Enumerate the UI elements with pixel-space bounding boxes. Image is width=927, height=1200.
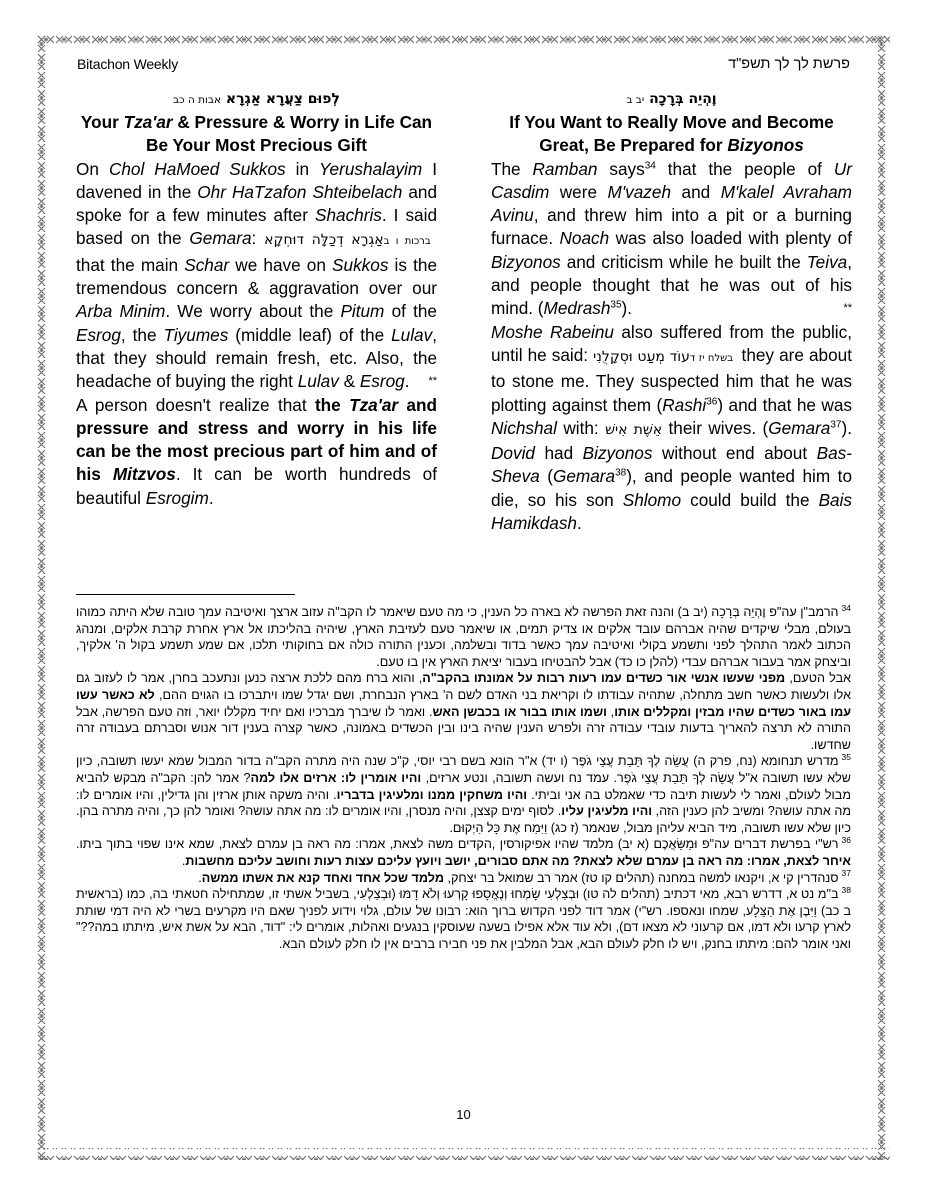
parsha-label: פרשת לך לך תשפ"ד <box>728 56 850 72</box>
bold-text: איחר לצאת, אמרו: מה ראה בן עמרם שלא לצאת… <box>185 854 851 868</box>
footnote-ref: 36 <box>706 396 717 407</box>
italic-term: Rashi <box>662 395 706 415</box>
left-article: לְפוּם צַעֲרָא אַגְרָא אבות ה כב Your Tz… <box>76 88 437 510</box>
italic-term: Chol HaMoed Sukkos <box>109 159 286 179</box>
italic-term: Esrog <box>76 325 121 345</box>
title-text: & Pressure & Worry in Life Can Be Your M… <box>146 112 432 155</box>
footnote: 34הרמב"ן עה"פ וֶהְיֵה בְּרָכָה (יב ב) וה… <box>76 604 851 670</box>
hebrew-quote: עוֹד מְעַט וּסְקָלֻנִי <box>593 349 690 365</box>
bold-text: מפני שעשו אנשי אור כשדים עמו רעות רבות ע… <box>422 671 785 685</box>
italic-term: Gemara <box>553 466 615 486</box>
italic-term: Noach <box>560 228 610 248</box>
left-hebrew-quote: לְפוּם צַעֲרָא אַגְרָא <box>226 91 340 107</box>
italic-term: Schar <box>184 255 229 275</box>
italic-term: Arba Minim <box>76 301 165 321</box>
footnote-ref: 35 <box>610 300 621 311</box>
italic-term: Ohr HaTzafon Shteibelach <box>197 182 402 202</box>
italic-term: Bizyonos <box>583 443 653 463</box>
footnote-ref: 38 <box>615 468 626 479</box>
hebrew-quote: אַגְרָא דְכַלָּה דוּחְקָא <box>264 232 384 248</box>
footnote-number: 38 <box>842 885 851 895</box>
italic-term: Teiva <box>807 252 847 272</box>
italic-term: Sukkos <box>332 255 388 275</box>
italic-term: Yerushalayim <box>319 159 422 179</box>
italic-term: Moshe Rabeinu <box>491 322 614 342</box>
left-hebrew-source: אבות ה כב <box>173 94 221 106</box>
bold-italic-term: Mitzvos <box>113 464 176 484</box>
italic-term: Gemara <box>768 418 830 438</box>
right-hebrew-source: יב ב <box>626 94 644 106</box>
footnote-ref: 34 <box>645 160 656 171</box>
bold-text: the <box>315 395 349 415</box>
section-divider-stars: ** <box>428 370 437 393</box>
footnote-number: 37 <box>842 868 851 878</box>
italic-term: Lulav <box>391 325 432 345</box>
left-paragraph-1: On Chol HaMoed Sukkos in Yerushalayim I … <box>76 158 437 394</box>
bold-text: ושמו אותו בבור או בכבשן האש <box>432 705 606 719</box>
bold-text: והיו אומרין לו: ארזים אלו למה <box>250 771 421 785</box>
italic-term: Tiyumes <box>164 325 229 345</box>
footnote: אבל הטעם, מפני שעשו אנשי אור כשדים עמו ר… <box>76 670 851 753</box>
publication-name: Bitachon Weekly <box>77 56 178 72</box>
italic-term: Gemara <box>189 228 251 248</box>
left-paragraph-2: A person doesn't realize that the Tza'ar… <box>76 394 437 510</box>
italic-term: Ramban <box>533 159 598 179</box>
italic-term: Bas-Sheva <box>491 443 852 486</box>
italic-term: Medrash <box>544 298 611 318</box>
italic-term: Shlomo <box>623 490 681 510</box>
right-hebrew-heading: וֶהְיֵה בְּרָכָה יב ב <box>491 88 852 111</box>
italic-term: Pitum <box>340 301 384 321</box>
left-article-title: Your Tza'ar & Pressure & Worry in Life C… <box>76 111 437 158</box>
italic-term: Dovid <box>491 443 535 463</box>
right-hebrew-quote: וֶהְיֵה בְּרָכָה <box>649 91 717 107</box>
footnote-ref: 37 <box>830 419 841 430</box>
italic-term: Nichshal <box>491 418 557 438</box>
footnote: 38ב"מ נט א, דדרש רבא, מאי דכתיב (תהלים ל… <box>76 886 851 952</box>
footnote: 37סנהדרין קי א, ויקנאו למשה במחנה (תהלים… <box>76 870 851 887</box>
bold-italic-term: Tza'ar <box>349 395 398 415</box>
footnote: 36רש"י בפרשת דברים עה"פ וּמַשַּׂאֲכֶם (א… <box>76 836 851 869</box>
hebrew-quote: אֵשֶׁת אִישׁ <box>605 422 662 438</box>
section-divider-stars: ** <box>843 297 852 320</box>
right-article: וֶהְיֵה בְּרָכָה יב ב If You Want to Rea… <box>491 88 852 535</box>
footnote-number: 36 <box>842 835 851 845</box>
right-paragraph-2: Moshe Rabeinu also suffered from the pub… <box>491 321 852 536</box>
left-hebrew-heading: לְפוּם צַעֲרָא אַגְרָא אבות ה כב <box>76 88 437 111</box>
footnote: 35מדרש תנחומא (נח, פרק ה) עֲשֵׂה לְךָ תֵ… <box>76 753 851 836</box>
hebrew-source: ברכות ו ב <box>384 236 437 247</box>
italic-term: Shachris <box>315 205 382 225</box>
italic-term: Bizyonos <box>491 252 561 272</box>
italic-term: Lulav <box>298 371 339 391</box>
italic-term: Esrog <box>360 371 405 391</box>
bold-text: והיו מלעיגין עליו <box>561 804 652 818</box>
footnotes-section: 34הרמב"ן עה"פ וֶהְיֵה בְּרָכָה (יב ב) וה… <box>76 604 851 952</box>
right-article-title: If You Want to Really Move and Become Gr… <box>491 111 852 158</box>
italic-term: Esrogim <box>146 488 209 508</box>
title-italic-text: Bizyonos <box>727 135 803 155</box>
footnote-number: 35 <box>842 752 851 762</box>
bold-text: והיו משחקין ממנו ומלעיגין בדבריו <box>337 788 527 802</box>
footnote-separator <box>76 594 295 595</box>
hebrew-source: בשלח יז ד <box>690 353 737 364</box>
page-number: 10 <box>0 1107 927 1122</box>
footnote-number: 34 <box>842 603 851 613</box>
title-text: Your <box>81 112 124 132</box>
title-italic-text: Tza'ar <box>124 112 173 132</box>
bold-text: מלמד שכל אחד ואחד קנא את אשתו ממשה <box>202 871 444 885</box>
italic-term: M'vazeh <box>608 182 671 202</box>
right-paragraph-1: The Ramban says34 that the people of Ur … <box>491 158 852 321</box>
